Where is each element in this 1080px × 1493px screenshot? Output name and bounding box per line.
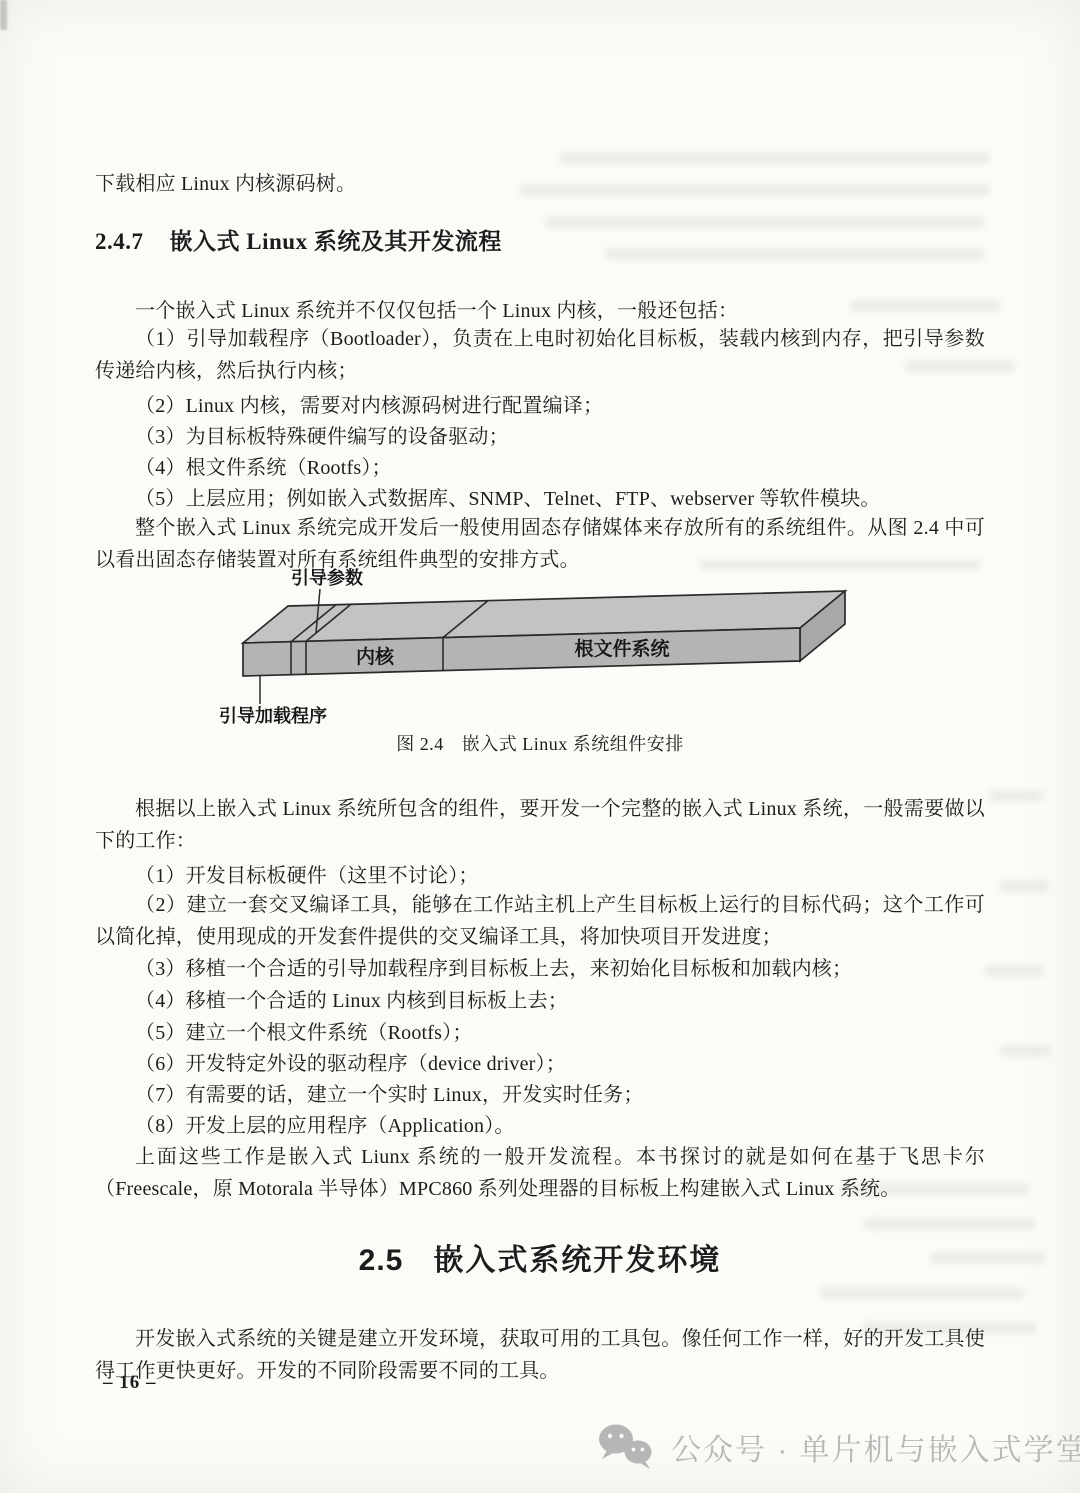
boot-params-label: 引导参数: [291, 567, 363, 588]
page-number: – 16 –: [103, 1372, 157, 1394]
wechat-icon: [596, 1422, 658, 1472]
section-number: 2.4.7: [95, 229, 144, 254]
figure-2-4: 引导参数 引导加载程序 内核 根文件系统 图 2.4嵌入式 Linux 系统组件…: [95, 556, 985, 768]
section-heading-2-4-7: 2.4.7嵌入式 Linux 系统及其开发流程: [95, 223, 502, 256]
rootfs-segment-label: 根文件系统: [574, 637, 669, 660]
scanned-book-page: 下载相应 Linux 内核源码树。 2.4.7嵌入式 Linux 系统及其开发流…: [0, 0, 1080, 1493]
figure-caption-number: 图 2.4: [396, 734, 444, 754]
list-item: （2）Linux 内核，需要对内核源码树进行配置编译；: [95, 390, 985, 422]
kernel-segment-label: 内核: [356, 645, 395, 668]
list-item: （3）为目标板特殊硬件编写的设备驱动；: [95, 421, 985, 453]
storage-layout-diagram: 引导参数 引导加载程序 内核 根文件系统: [95, 556, 985, 728]
bleedthrough-artifact: [865, 1218, 1035, 1230]
list-item: （4）根文件系统（Rootfs）；: [95, 452, 985, 484]
bootloader-label: 引导加载程序: [219, 705, 327, 726]
watermark: 公众号 · 单片机与嵌入式学堂: [596, 1422, 1080, 1472]
list-item: （5）建立一个根文件系统（Rootfs）；: [95, 1017, 985, 1049]
intro-paragraph: 下载相应 Linux 内核源码树。: [95, 168, 985, 200]
list-item: （4）移植一个合适的 Linux 内核到目标板上去；: [95, 985, 985, 1017]
bleedthrough-artifact: [1000, 1045, 1050, 1057]
bleedthrough-artifact: [820, 1287, 1025, 1299]
list-item: （5）上层应用；例如嵌入式数据库、SNMP、Telnet、FTP、webserv…: [95, 483, 985, 515]
bleedthrough-artifact: [605, 248, 985, 260]
list-item: （8）开发上层的应用程序（Application）。: [95, 1110, 985, 1142]
figure-caption-title: 嵌入式 Linux 系统组件安排: [462, 734, 684, 754]
section-title: 嵌入式系统开发环境: [433, 1244, 721, 1277]
body-paragraph: 开发嵌入式系统的关键是建立开发环境，获取可用的工具包。像任何工作一样，好的开发工…: [95, 1323, 985, 1387]
scan-edge-artifact: [0, 0, 7, 30]
list-item: （3）移植一个合适的引导加载程序到目标板上去，来初始化目标板和加载内核；: [95, 953, 985, 985]
bleedthrough-artifact: [990, 790, 1042, 802]
list-item: （6）开发特定外设的驱动程序（device driver）；: [95, 1048, 985, 1080]
bleedthrough-artifact: [545, 216, 985, 228]
list-item: （7）有需要的话，建立一个实时 Linux，开发实时任务；: [95, 1079, 985, 1111]
section-heading-2-5: 2.5嵌入式系统开发环境: [95, 1235, 985, 1279]
bleedthrough-artifact: [1000, 880, 1048, 892]
list-item: （1）开发目标板硬件（这里不讨论）；: [95, 860, 985, 892]
section-title: 嵌入式 Linux 系统及其开发流程: [170, 229, 502, 254]
body-paragraph: 上面这些工作是嵌入式 Liunx 系统的一般开发流程。本书探讨的就是如何在基于飞…: [95, 1141, 985, 1205]
figure-caption: 图 2.4嵌入式 Linux 系统组件安排: [95, 730, 985, 756]
bleedthrough-artifact: [985, 965, 1043, 977]
list-item: （2）建立一套交叉编译工具，能够在工作站主机上产生目标板上运行的目标代码；这个工…: [95, 889, 985, 953]
watermark-text: 公众号 · 单片机与嵌入式学堂: [671, 1425, 1080, 1469]
bleedthrough-artifact: [560, 152, 990, 164]
body-paragraph: 根据以上嵌入式 Linux 系统所包含的组件，要开发一个完整的嵌入式 Linux…: [95, 793, 985, 857]
section-number: 2.5: [359, 1244, 404, 1277]
list-item: （1）引导加载程序（Bootloader），负责在上电时初始化目标板，装载内核到…: [95, 323, 985, 387]
